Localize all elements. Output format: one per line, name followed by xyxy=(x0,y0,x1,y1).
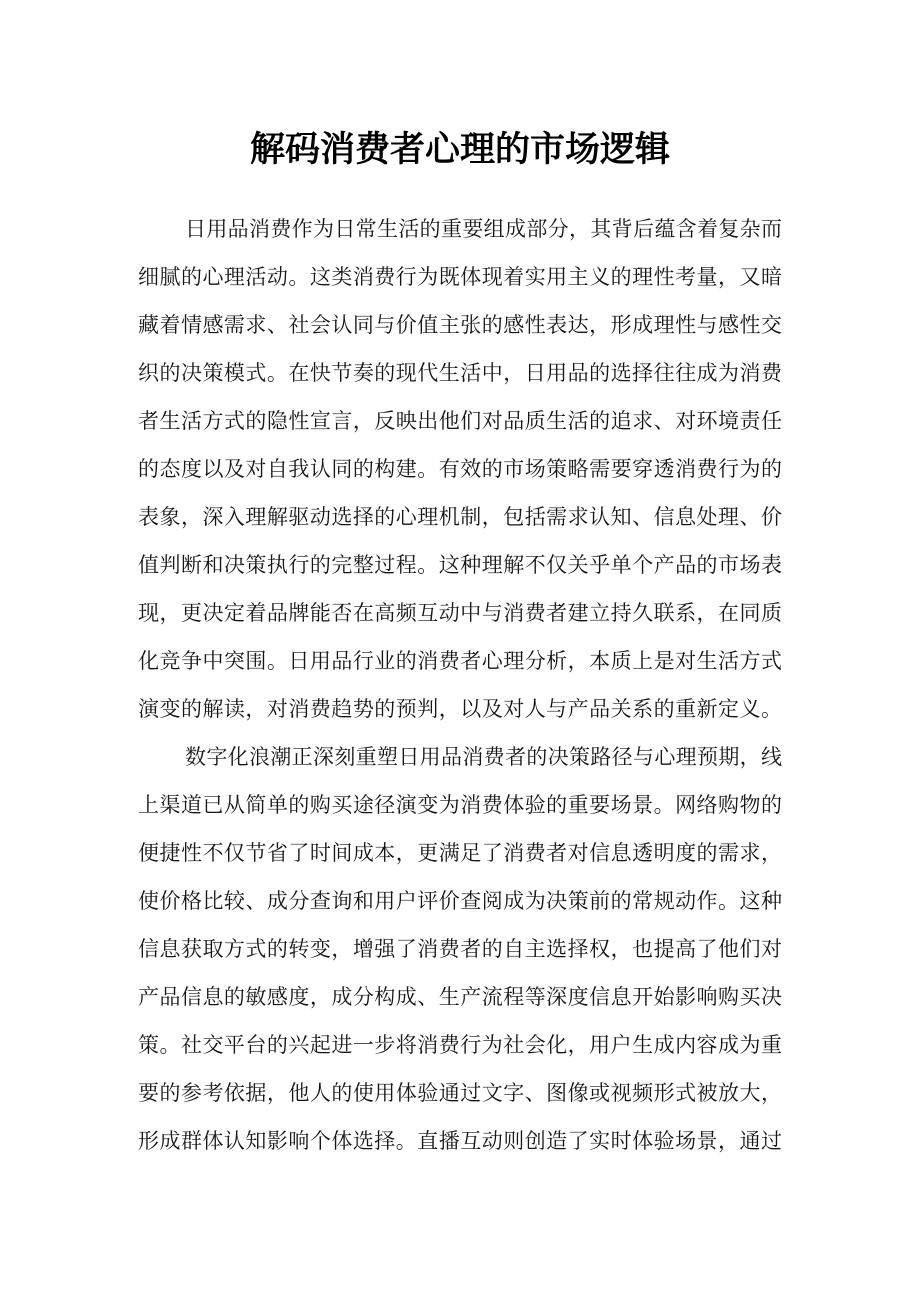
text-line: 使价格比较、成分查询和用户评价查阅成为决策前的常规动作。这种 xyxy=(138,877,782,925)
document-title: 解码消费者心理的市场逻辑 xyxy=(0,128,920,172)
document-page: 解码消费者心理的市场逻辑 日用品消费作为日常生活的重要组成部分，其背后蕴含着复杂… xyxy=(0,0,920,1302)
document-body: 日用品消费作为日常生活的重要组成部分，其背后蕴含着复杂而细腻的心理活动。这类消费… xyxy=(138,205,782,1165)
text-line: 织的决策模式。在快节奏的现代生活中，日用品的选择往往成为消费 xyxy=(138,349,782,397)
text-line: 细腻的心理活动。这类消费行为既体现着实用主义的理性考量，又暗 xyxy=(138,253,782,301)
text-line: 策。社交平台的兴起进一步将消费行为社会化，用户生成内容成为重 xyxy=(138,1021,782,1069)
paragraph: 数字化浪潮正深刻重塑日用品消费者的决策路径与心理预期，线上渠道已从简单的购买途径… xyxy=(138,733,782,1165)
text-line: 形成群体认知影响个体选择。直播互动则创造了实时体验场景，通过 xyxy=(138,1117,782,1165)
text-line: 数字化浪潮正深刻重塑日用品消费者的决策路径与心理预期，线 xyxy=(138,733,782,781)
text-line: 现，更决定着品牌能否在高频互动中与消费者建立持久联系，在同质 xyxy=(138,589,782,637)
text-line: 者生活方式的隐性宣言，反映出他们对品质生活的追求、对环境责任 xyxy=(138,397,782,445)
text-line: 便捷性不仅节省了时间成本，更满足了消费者对信息透明度的需求， xyxy=(138,829,782,877)
text-line: 日用品消费作为日常生活的重要组成部分，其背后蕴含着复杂而 xyxy=(138,205,782,253)
text-line: 藏着情感需求、社会认同与价值主张的感性表达，形成理性与感性交 xyxy=(138,301,782,349)
text-line: 表象，深入理解驱动选择的心理机制，包括需求认知、信息处理、价 xyxy=(138,493,782,541)
paragraph: 日用品消费作为日常生活的重要组成部分，其背后蕴含着复杂而细腻的心理活动。这类消费… xyxy=(138,205,782,733)
text-line: 的态度以及对自我认同的构建。有效的市场策略需要穿透消费行为的 xyxy=(138,445,782,493)
text-line: 值判断和决策执行的完整过程。这种理解不仅关乎单个产品的市场表 xyxy=(138,541,782,589)
text-line: 上渠道已从简单的购买途径演变为消费体验的重要场景。网络购物的 xyxy=(138,781,782,829)
text-line: 信息获取方式的转变，增强了消费者的自主选择权，也提高了他们对 xyxy=(138,925,782,973)
text-line: 要的参考依据，他人的使用体验通过文字、图像或视频形式被放大， xyxy=(138,1069,782,1117)
text-line: 化竞争中突围。日用品行业的消费者心理分析，本质上是对生活方式 xyxy=(138,637,782,685)
text-line: 演变的解读，对消费趋势的预判，以及对人与产品关系的重新定义。 xyxy=(138,685,782,733)
text-line: 产品信息的敏感度，成分构成、生产流程等深度信息开始影响购买决 xyxy=(138,973,782,1021)
